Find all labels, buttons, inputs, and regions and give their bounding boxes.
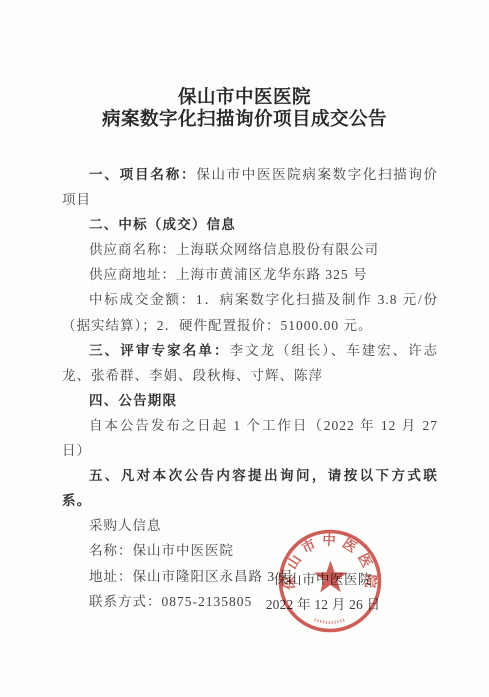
- notice-period-text: 自本公告发布之日起 1 个工作日（2022 年 12 月 27 日）: [62, 418, 438, 458]
- supplier-address-line: 供应商地址：上海市黄浦区龙华东路 325 号: [62, 262, 438, 287]
- expert-panel-line: 三、评审专家名单：李文龙（组长）、车建宏、许志龙、张希群、李娟、段秋梅、寸辉、陈…: [62, 338, 438, 388]
- purchaser-info-text: 采购人信息: [89, 518, 162, 533]
- purchaser-info-heading: 采购人信息: [62, 513, 438, 538]
- supplier-name-text: 供应商名称：上海联众网络信息股份有限公司: [89, 242, 379, 257]
- document-title-line1: 保山市中医医院: [0, 87, 489, 109]
- notice-period-heading-label: 四、公告期限: [89, 393, 177, 408]
- document-title: 保山市中医医院 病案数字化扫描询价项目成交公告: [0, 87, 489, 132]
- signature-block: 保山市中医医院 2022 年 12 月 26 日: [248, 567, 398, 617]
- expert-panel-label: 三、评审专家名单：: [89, 343, 230, 358]
- award-amount-line: 中标成交金额：1．病案数字化扫描及制作 3.8 元/份（据实结算）；2．硬件配置…: [62, 287, 438, 337]
- notice-period-heading: 四、公告期限: [62, 388, 438, 413]
- supplier-name-line: 供应商名称：上海联众网络信息股份有限公司: [62, 237, 438, 262]
- seal-code-arc: [315, 620, 346, 623]
- document-title-line2: 病案数字化扫描询价项目成交公告: [0, 109, 489, 132]
- supplier-address-text: 供应商地址：上海市黄浦区龙华东路 325 号: [89, 267, 368, 282]
- document-body: 一、项目名称：保山市中医医院病案数字化扫描询价项目 二、中标（成交）信息 供应商…: [62, 162, 438, 614]
- contact-instruction-label: 五、凡对本次公告内容提出询问，请按以下方式联系。: [62, 468, 438, 508]
- project-name-line: 一、项目名称：保山市中医医院病案数字化扫描询价项目: [62, 162, 438, 212]
- award-amount-text: 中标成交金额：1．病案数字化扫描及制作 3.8 元/份（据实结算）；2．硬件配置…: [62, 292, 438, 332]
- signature-org: 保山市中医医院: [248, 567, 398, 592]
- purchaser-name-line: 名称：保山市中医医院: [62, 538, 438, 563]
- notice-period-line: 自本公告发布之日起 1 个工作日（2022 年 12 月 27 日）: [62, 413, 438, 463]
- signature-date: 2022 年 12 月 26 日: [248, 592, 398, 617]
- contact-instruction-line: 五、凡对本次公告内容提出询问，请按以下方式联系。: [62, 463, 438, 513]
- purchaser-name-text: 名称：保山市中医医院: [89, 543, 234, 558]
- announcement-document: 保山市中医医院 病案数字化扫描询价项目成交公告 一、项目名称：保山市中医医院病案…: [0, 0, 489, 697]
- project-name-label: 一、项目名称：: [89, 167, 196, 182]
- award-info-heading: 二、中标（成交）信息: [62, 212, 438, 237]
- purchaser-phone-text: 联系方式：0875-2135805: [89, 594, 252, 609]
- award-info-heading-label: 二、中标（成交）信息: [89, 217, 236, 232]
